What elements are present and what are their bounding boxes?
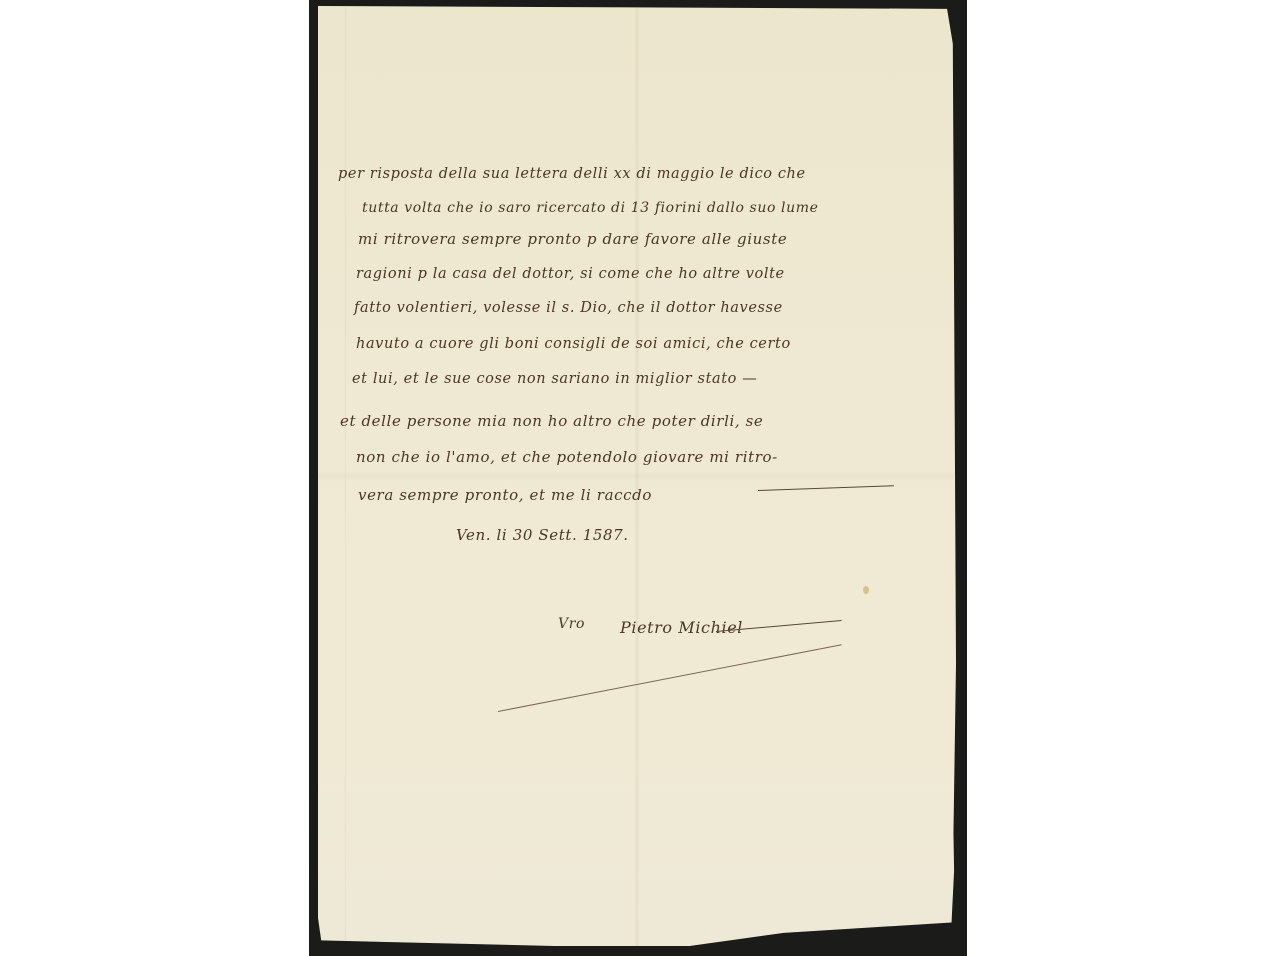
signature: Pietro Michiel [620, 618, 743, 637]
letter-line-5: fatto volentieri, volesse il s. Dio, che… [354, 300, 783, 316]
foxing-spot [863, 586, 869, 594]
letter-line-10: vera sempre pronto, et me li raccdo [358, 486, 652, 504]
letter-line-9: non che io l'amo, et che potendolo giova… [356, 448, 778, 466]
letter-line-4: ragioni p la casa del dottor, si come ch… [356, 266, 785, 282]
closing-salutation: Vro [558, 616, 585, 632]
letter-paper: per risposta della sua lettera delli xx … [318, 6, 956, 946]
letter-line-3: mi ritrovera sempre pronto p dare favore… [358, 230, 787, 248]
signature-underline-sweep [498, 644, 842, 712]
dateline: Ven. li 30 Sett. 1587. [456, 526, 629, 544]
document-photo: per risposta della sua lettera delli xx … [0, 0, 1276, 956]
letter-line-2: tutta volta che io saro ricercato di 13 … [362, 200, 819, 216]
letter-line-7: et lui, et le sue cose non sariano in mi… [352, 371, 757, 387]
letter-line-1: per risposta della sua lettera delli xx … [338, 166, 806, 182]
letter-line-6: havuto a cuore gli boni consigli de soi … [356, 336, 791, 352]
line-end-flourish [758, 485, 894, 491]
letter-line-8: et delle persone mia non ho altro che po… [340, 412, 763, 430]
